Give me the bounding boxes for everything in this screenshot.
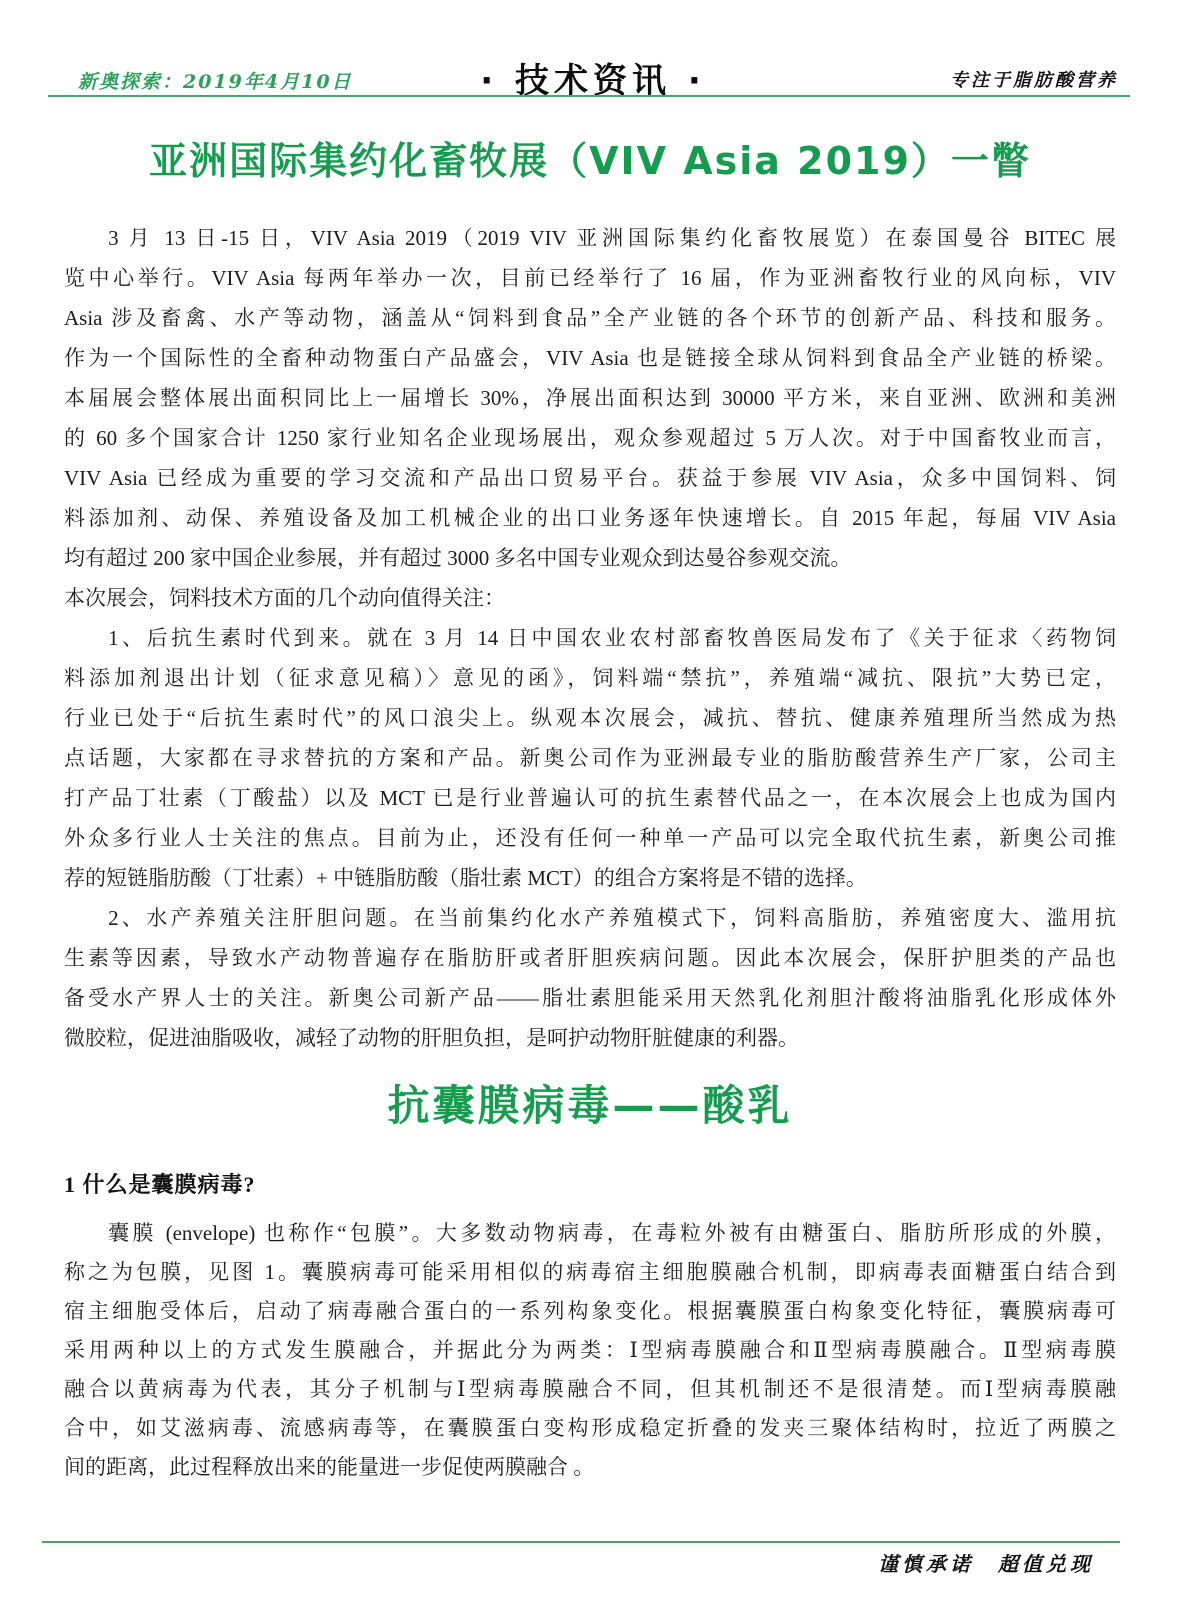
text-line: 备受水产界人士的关注。新奥公司新产品——脂壮素胆能采用天然乳化剂胆汁酸将油脂乳化…: [64, 978, 1116, 1018]
text-line: 1、后抗生素时代到来。就在 3 月 14 日中国农业农村部畜牧兽医局发布了《关于…: [64, 618, 1116, 658]
text-line: 作为一个国际性的全畜种动物蛋白产品盛会，VIV Asia 也是链接全球从饲料到食…: [64, 338, 1116, 378]
text-line: 微胶粒，促进油脂吸收，减轻了动物的肝胆负担，是呵护动物肝脏健康的利器。: [64, 1018, 1116, 1058]
article2-body: 囊膜 (envelope) 也称作“包膜”。大多数动物病毒，在毒粒外被有由糖蛋白…: [64, 1214, 1116, 1487]
page-header: 新奥探索：2019年4月10日 · 技术资讯 · 专注于脂肪酸营养: [64, 44, 1122, 96]
text-line: 览中心举行。VIV Asia 每两年举办一次，目前已经举行了 16 届，作为亚洲…: [64, 258, 1116, 298]
article1-body: 3 月 13 日-15 日，VIV Asia 2019（2019 VIV 亚洲国…: [64, 218, 1116, 1058]
text-line: 囊膜 (envelope) 也称作“包膜”。大多数动物病毒，在毒粒外被有由糖蛋白…: [64, 1214, 1116, 1253]
text-line: 间的距离，此过程释放出来的能量进一步促使两膜融合 。: [64, 1448, 1116, 1487]
paragraph: 囊膜 (envelope) 也称作“包膜”。大多数动物病毒，在毒粒外被有由糖蛋白…: [64, 1214, 1116, 1487]
paragraph: 2、水产养殖关注肝胆问题。在当前集约化水产养殖模式下，饲料高脂肪，养殖密度大、滥…: [64, 898, 1116, 1058]
newsletter-page: 新奥探索：2019年4月10日 · 技术资讯 · 专注于脂肪酸营养 亚洲国际集约…: [0, 0, 1178, 1600]
text-line: 料添加剂退出计划（征求意见稿）〉意见的函》，饲料端“禁抗”，养殖端“减抗、限抗”…: [64, 658, 1116, 698]
paragraph: 3 月 13 日-15 日，VIV Asia 2019（2019 VIV 亚洲国…: [64, 218, 1116, 578]
article1-title: 亚洲国际集约化畜牧展（VIV Asia 2019）一瞥: [64, 130, 1116, 192]
text-line: VIV Asia 已经成为重要的学习交流和产品出口贸易平台。获益于参展 VIV …: [64, 458, 1116, 498]
text-line: 3 月 13 日-15 日，VIV Asia 2019（2019 VIV 亚洲国…: [64, 218, 1116, 258]
text-line: 生素等因素，导致水产动物普遍存在脂肪肝或者肝胆疾病问题。因此本次展会，保肝护胆类…: [64, 938, 1116, 978]
article2-section-heading: 1 什么是囊膜病毒?: [64, 1170, 1116, 1200]
text-line: 外众多行业人士关注的焦点。目前为止，还没有任何一种单一产品可以完全取代抗生素，新…: [64, 818, 1116, 858]
paragraph: 本次展会，饲料技术方面的几个动向值得关注：: [64, 578, 1116, 618]
text-line: 采用两种以上的方式发生膜融合，并据此分为两类：Ⅰ型病毒膜融合和Ⅱ型病毒膜融合。Ⅱ…: [64, 1331, 1116, 1370]
text-line: 打产品丁壮素（丁酸盐）以及 MCT 已是行业普遍认可的抗生素替代品之一，在本次展…: [64, 778, 1116, 818]
text-line: 料添加剂、动保、养殖设备及加工机械企业的出口业务逐年快速增长。自 2015 年起…: [64, 498, 1116, 538]
footer-slogan: 谨慎承诺 超值兑现: [878, 1548, 1094, 1577]
text-line: 宿主细胞受体后，启动了病毒融合蛋白的一系列构象变化。根据囊膜蛋白构象变化特征，囊…: [64, 1292, 1116, 1331]
article2-title: 抗囊膜病毒——酸乳: [64, 1078, 1116, 1134]
text-line: Asia 涉及畜禽、水产等动物，涵盖从“饲料到食品”全产业链的各个环节的创新产品…: [64, 298, 1116, 338]
text-line: 点话题，大家都在寻求替抗的方案和产品。新奥公司作为亚洲最专业的脂肪酸营养生产厂家…: [64, 738, 1116, 778]
page-content: 亚洲国际集约化畜牧展（VIV Asia 2019）一瞥 3 月 13 日-15 …: [64, 130, 1116, 1487]
text-line: 本次展会，饲料技术方面的几个动向值得关注：: [64, 578, 1116, 618]
text-line: 融合以黄病毒为代表，其分子机制与Ⅰ型病毒膜融合不同，但其机制还不是很清楚。而Ⅰ型…: [64, 1370, 1116, 1409]
header-slogan: 专注于脂肪酸营养: [950, 66, 1118, 92]
text-line: 的 60 多个国家合计 1250 家行业知名企业现场展出，观众参观超过 5 万人…: [64, 418, 1116, 458]
text-line: 称之为包膜，见图 1。囊膜病毒可能采用相似的病毒宿主细胞膜融合机制，即病毒表面糖…: [64, 1253, 1116, 1292]
text-line: 荐的短链脂肪酸（丁壮素）+ 中链脂肪酸（脂壮素 MCT）的组合方案将是不错的选择…: [64, 858, 1116, 898]
header-divider-rule: [48, 95, 1130, 97]
text-line: 本届展会整体展出面积同比上一届增长 30%，净展出面积达到 30000 平方米，…: [64, 378, 1116, 418]
text-line: 行业已处于“后抗生素时代”的风口浪尖上。纵观本次展会，减抗、替抗、健康养殖理所当…: [64, 698, 1116, 738]
paragraph: 1、后抗生素时代到来。就在 3 月 14 日中国农业农村部畜牧兽医局发布了《关于…: [64, 618, 1116, 898]
text-line: 2、水产养殖关注肝胆问题。在当前集约化水产养殖模式下，饲料高脂肪，养殖密度大、滥…: [64, 898, 1116, 938]
text-line: 均有超过 200 家中国企业参展，并有超过 3000 多名中国专业观众到达曼谷参…: [64, 538, 1116, 578]
footer-divider-rule: [42, 1541, 1120, 1543]
text-line: 合中，如艾滋病毒、流感病毒等，在囊膜蛋白变构形成稳定折叠的发夹三聚体结构时，拉近…: [64, 1409, 1116, 1448]
